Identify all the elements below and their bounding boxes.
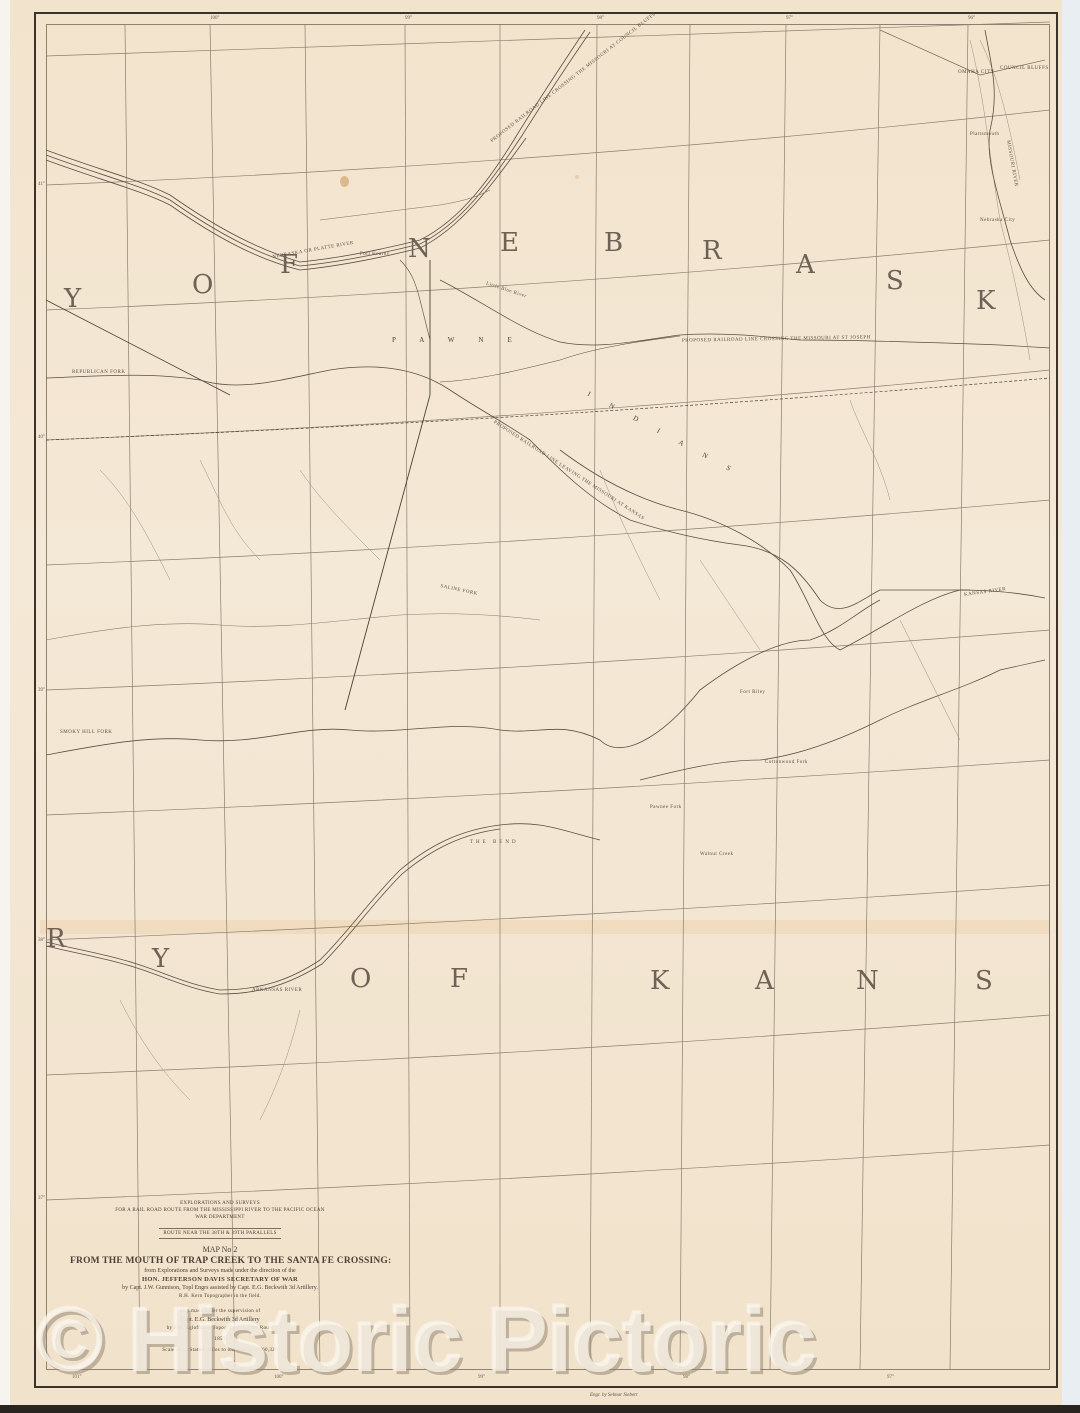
- saline-fork: [46, 614, 540, 640]
- smoky-hill-label: SMOKY HILL FORK: [60, 730, 112, 735]
- longitude-tick: 100°: [210, 16, 220, 21]
- longitude-tick: 98°: [597, 16, 604, 21]
- map-sheet: Y O F N E B R A S K R Y O F K A N S PAWN…: [0, 0, 1080, 1405]
- map-secretary: HON. JEFFERSON DAVIS SECRETARY OF WAR: [70, 1276, 370, 1283]
- latitude-tick: 38°: [38, 938, 45, 943]
- nebraska-letter: S: [886, 266, 904, 296]
- nebraska-city-label: Nebraska City: [980, 218, 1015, 223]
- longitude-tick: 97°: [887, 1375, 894, 1380]
- title-line: WAR DEPARTMENT: [70, 1214, 370, 1221]
- longitude-tick: 96°: [968, 16, 975, 21]
- graticule: [46, 22, 1050, 1370]
- kansas-letter: F: [450, 964, 468, 994]
- nebraska-letter: E: [500, 228, 519, 258]
- kansas-letter: K: [650, 966, 669, 996]
- title-line: EXPLORATIONS AND SURVEYS: [70, 1200, 370, 1207]
- latitude-tick: 41°: [38, 182, 45, 187]
- kansas-letter: R: [46, 924, 66, 954]
- pawnee-label: PAWNE: [392, 336, 536, 344]
- map-main-title: FROM THE MOUTH OF TRAP CREEK TO THE SANT…: [70, 1256, 370, 1266]
- the-bend-label: THE BEND: [470, 840, 519, 845]
- cottonwood-fork-label: Cottonwood Fork: [765, 760, 808, 765]
- watermark: © Historic Pictoric: [36, 1288, 816, 1393]
- kansas-river: [560, 450, 1045, 650]
- arkansas-river-label: ARKANSAS RIVER: [252, 988, 302, 993]
- road: [400, 260, 430, 340]
- pawnee-fork-label: Pawnee Fork: [650, 805, 682, 810]
- nebraska-letter: K: [976, 286, 995, 316]
- map-subtitle: from Explorations and Surveys made under…: [70, 1266, 370, 1276]
- wood-river: [320, 190, 490, 220]
- smoky-hill-fork: [46, 600, 880, 755]
- map-number: MAP No 2: [70, 1245, 370, 1254]
- latitude-tick: 37°: [38, 1196, 45, 1201]
- kansas-letter: N: [856, 966, 879, 996]
- santa-fe-road: [640, 660, 1045, 780]
- council-bluffs-label: COUNCIL BLUFFS: [1000, 66, 1049, 71]
- republican-fork-label: REPUBLICAN FORK: [72, 370, 125, 375]
- arkansas-river: [46, 824, 600, 994]
- nebraska-letter: O: [192, 270, 213, 300]
- military-road: [345, 260, 430, 710]
- nebraska-letter: A: [796, 250, 815, 280]
- territory-boundary: [46, 378, 1050, 440]
- kansas-letter: A: [755, 966, 774, 996]
- engraver-credit: Engr. by Selmar Siebert: [590, 1393, 638, 1398]
- kansas-letter: Y: [152, 944, 169, 974]
- kansas-letter: O: [350, 964, 371, 994]
- kansas-letter: S: [975, 966, 993, 996]
- title-line: FOR A RAIL ROAD ROUTE FROM THE MISSISSIP…: [70, 1207, 370, 1214]
- nebraska-letter: R: [702, 236, 722, 266]
- plattsmouth-label: Plattsmouth: [970, 132, 999, 137]
- nebraska-letter: B: [604, 228, 623, 258]
- latitude-tick: 40°: [38, 435, 45, 440]
- title-route: ROUTE NEAR THE 38TH & 39TH PARALLELS: [159, 1228, 280, 1239]
- walnut-creek-label: Walnut Creek: [700, 852, 734, 857]
- latitude-tick: 39°: [38, 688, 45, 693]
- tributaries: [100, 40, 1030, 1120]
- republican-fork: [46, 367, 970, 609]
- omaha-label: OMAHA CITY: [958, 70, 995, 75]
- longitude-tick: 99°: [405, 16, 412, 21]
- nebraska-letter: Y: [64, 284, 81, 314]
- fort-kearny-label: Fort Kearny: [360, 252, 390, 257]
- fort-riley-label: Fort Riley: [740, 690, 765, 695]
- nebraska-letter: N: [408, 234, 431, 264]
- longitude-tick: 97°: [786, 16, 793, 21]
